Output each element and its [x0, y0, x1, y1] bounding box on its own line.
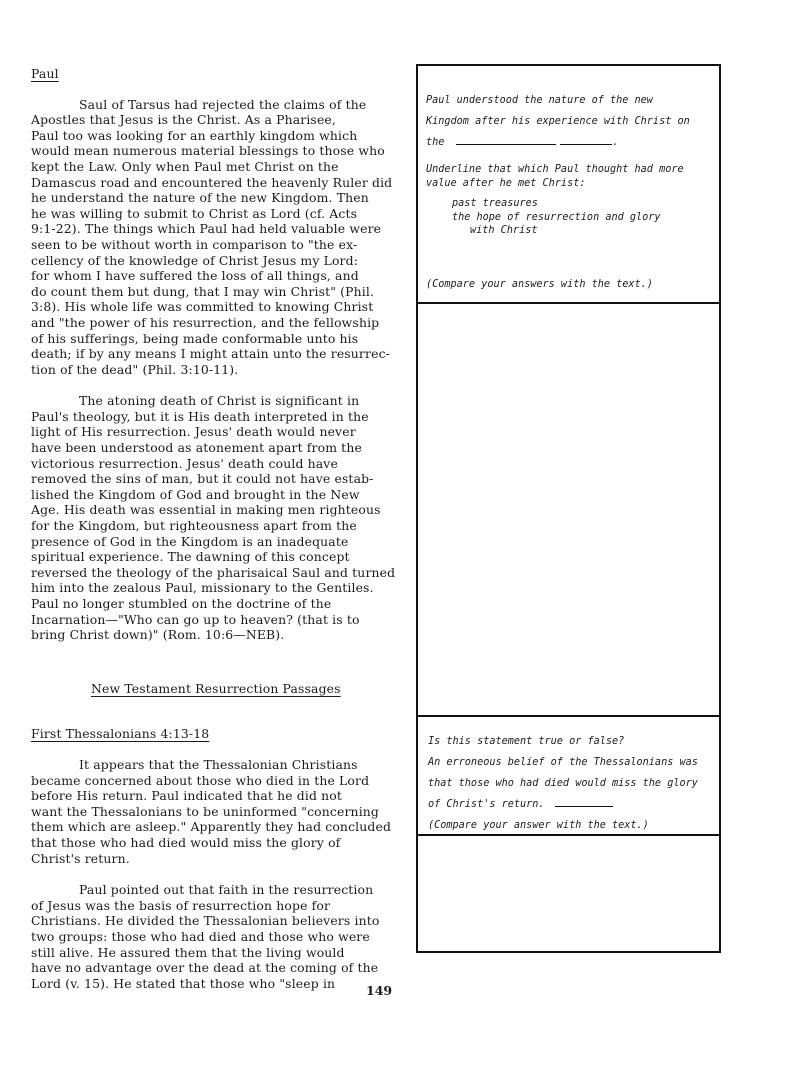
statement-line-3-text: of Christ's return.: [428, 799, 545, 810]
exercise-2-cell: Is this statement true or false? An erro…: [418, 715, 719, 834]
compare-note-2: (Compare your answer with the text.): [428, 815, 711, 836]
section-heading-paul: Paul: [31, 66, 59, 82]
underline-prompt-line-2: value after he met Christ:: [426, 177, 711, 191]
answer-blank-2[interactable]: [560, 134, 612, 145]
notes-cell-empty-1: [418, 302, 719, 715]
page-number: 149: [366, 983, 392, 998]
paragraph-thessalonians-1: It appears that the Thessalonian Christi…: [31, 757, 416, 866]
true-false-answer-blank[interactable]: [555, 796, 613, 807]
statement-line-1: An erroneous belief of the Thessalonians…: [428, 752, 711, 773]
section-title-resurrection-passages: New Testament Resurrection Passages: [91, 681, 341, 697]
paragraph-thessalonians-2: Paul pointed out that faith in the resur…: [31, 882, 416, 991]
exercise-1-cell: Paul understood the nature of the new Ki…: [418, 66, 719, 302]
underline-prompt-line-1: Underline that which Paul thought had mo…: [426, 163, 711, 177]
statement-line-2: that those who had died would miss the g…: [428, 773, 711, 794]
option-hope-of-resurrection[interactable]: the hope of resurrection and glory: [452, 211, 711, 225]
answer-blank-1[interactable]: [456, 134, 556, 145]
fill-in-line-2: Kingdom after his experience with Christ…: [426, 111, 711, 132]
paragraph-paul-1: Saul of Tarsus had rejected the claims o…: [31, 97, 416, 378]
fill-in-line-3: the.: [426, 132, 711, 153]
option-past-treasures[interactable]: past treasures: [452, 197, 711, 211]
notes-cell-empty-2: [418, 834, 719, 951]
fill-in-line-1: Paul understood the nature of the new: [426, 90, 711, 111]
period: .: [612, 137, 618, 148]
option-hope-of-resurrection-continued[interactable]: with Christ: [470, 224, 711, 238]
compare-note-1: (Compare your answers with the text.): [426, 278, 711, 292]
main-column: Paul Saul of Tarsus had rejected the cla…: [31, 66, 416, 991]
true-false-prompt: Is this statement true or false?: [428, 731, 711, 752]
workbook-sidebar: Paul understood the nature of the new Ki…: [416, 64, 721, 953]
section-heading-thessalonians: First Thessalonians 4:13-18: [31, 726, 209, 742]
fill-in-line-3-text: the: [426, 137, 444, 148]
statement-line-3: of Christ's return.: [428, 794, 711, 815]
paragraph-paul-2: The atoning death of Christ is significa…: [31, 393, 416, 643]
